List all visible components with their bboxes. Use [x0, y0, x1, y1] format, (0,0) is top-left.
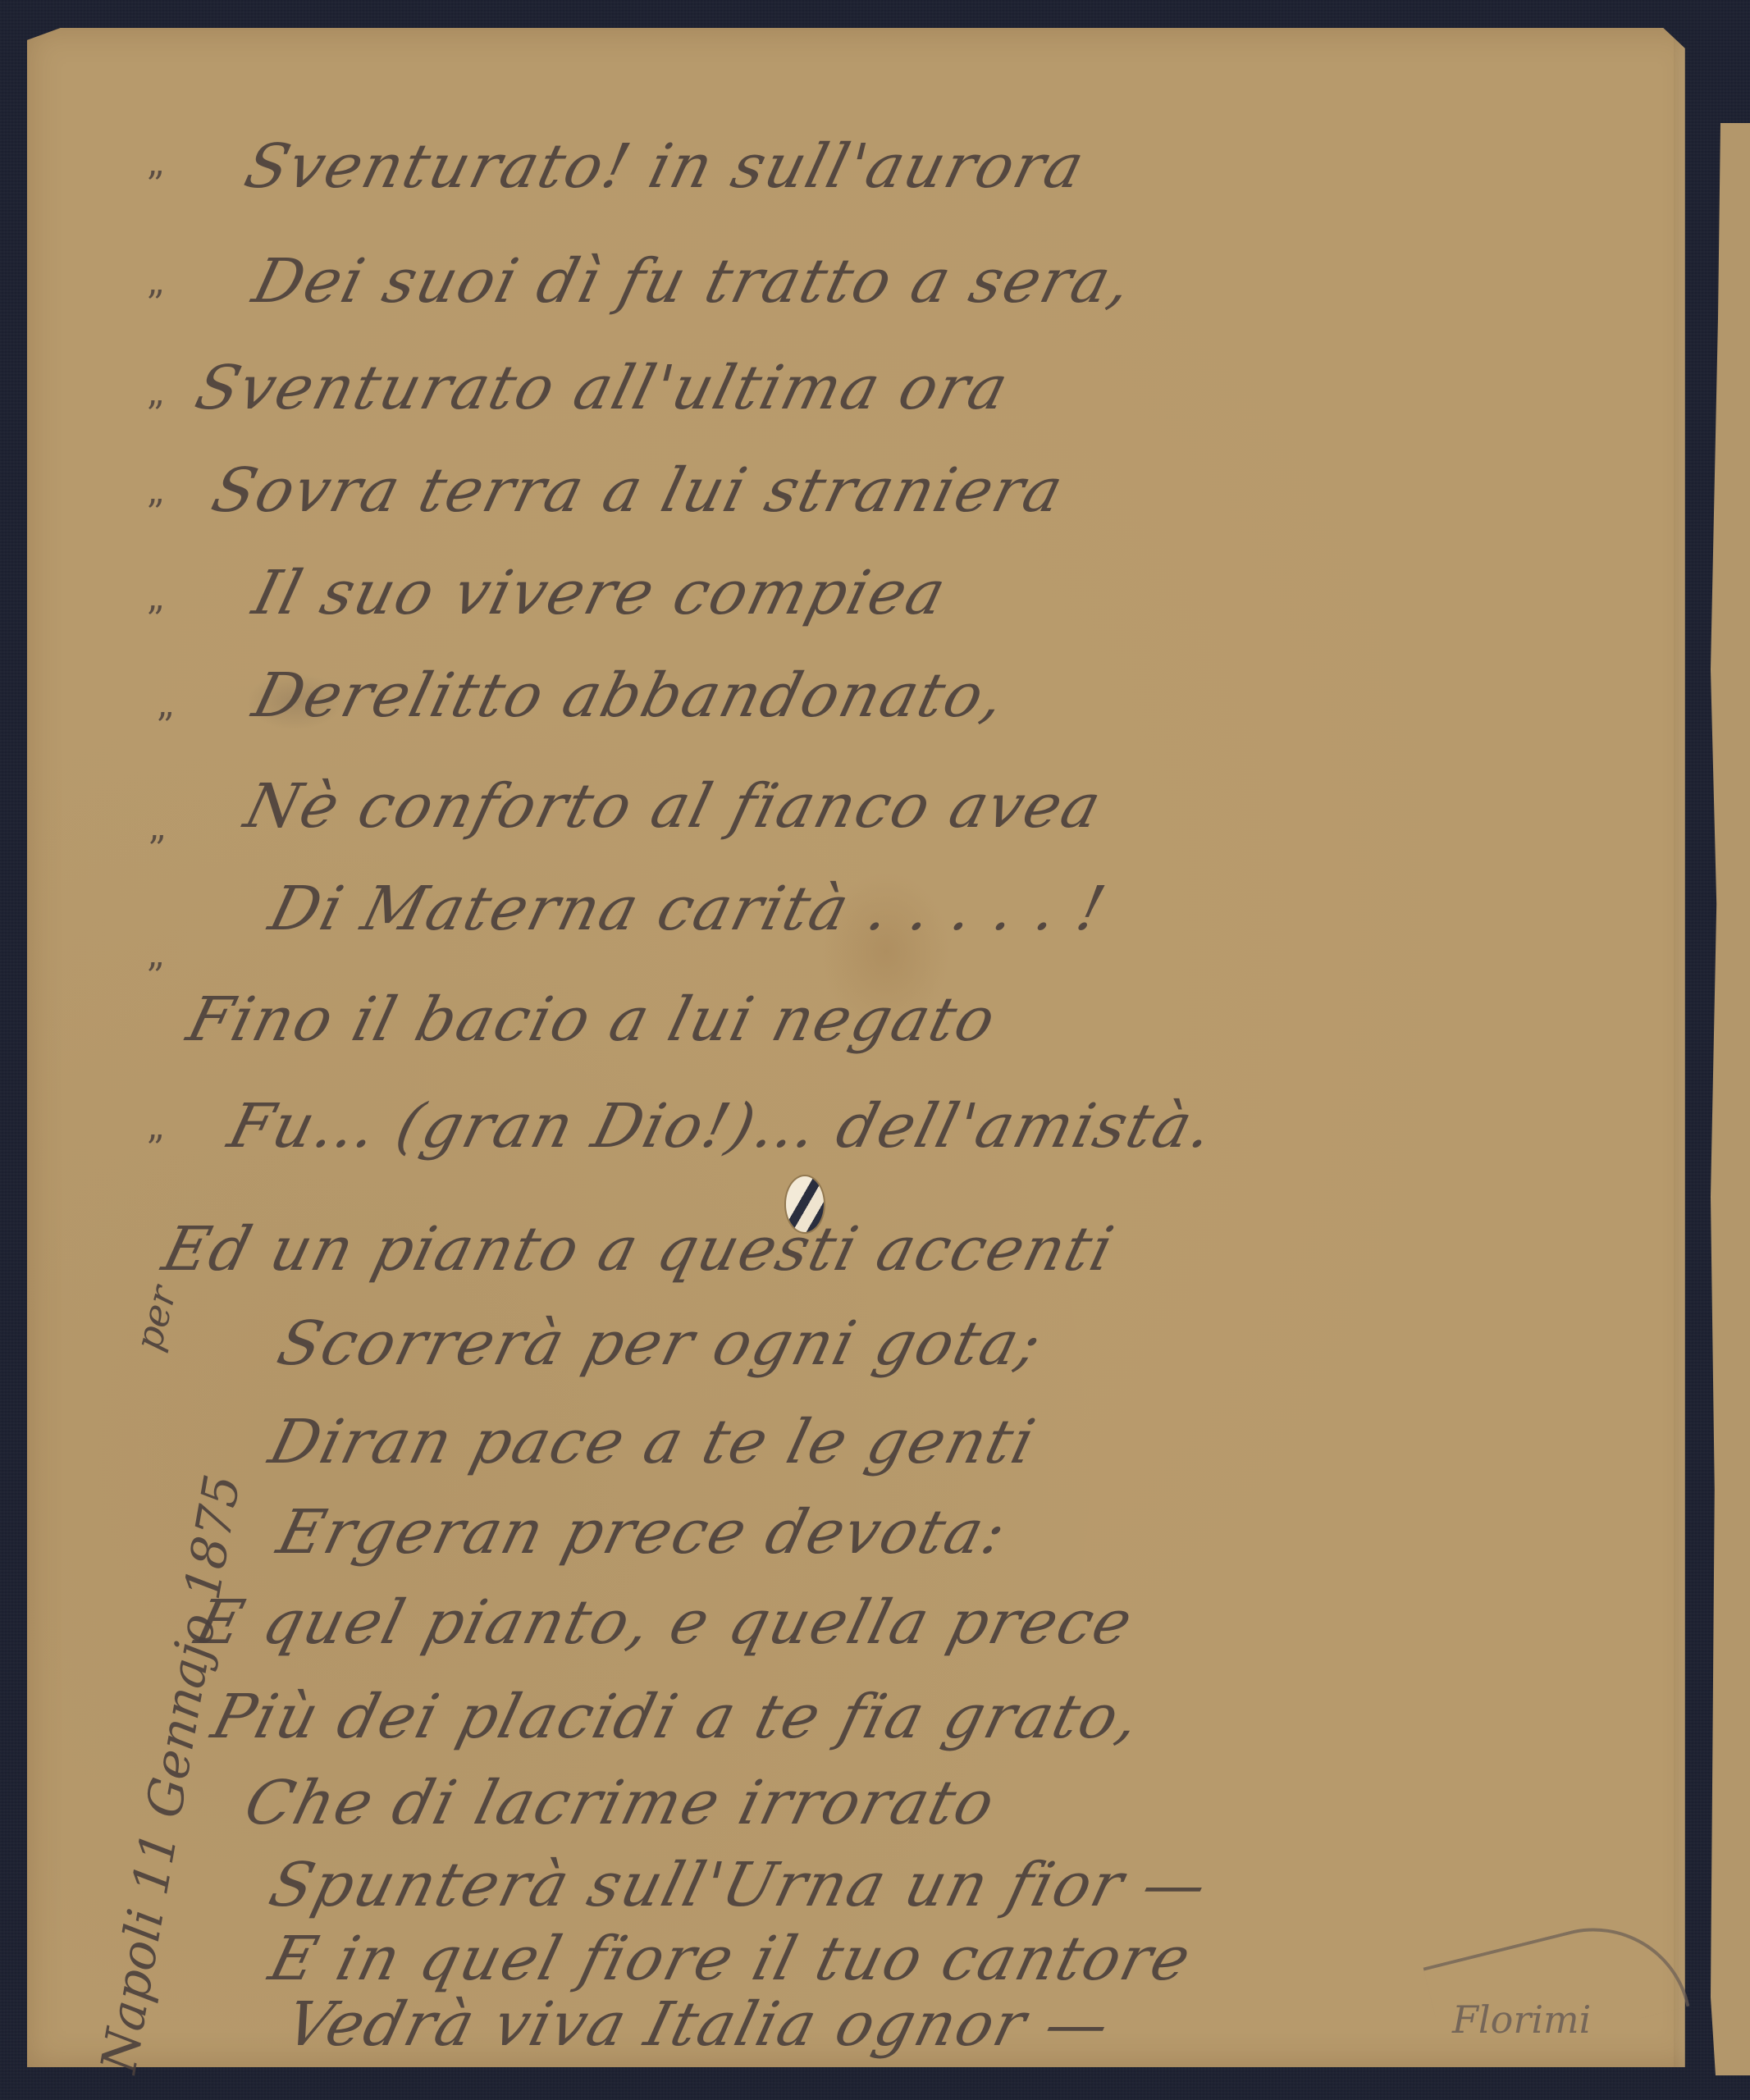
poem-line: Fu… (gran Dio!)… dell'amistà.	[222, 1091, 1222, 1162]
poem-line: Più dei placidi a te fia grato,	[205, 1682, 1148, 1752]
poem-line: Spunterà sull'Urna un fior —	[263, 1850, 1215, 1920]
poem-line: Sventurato! in sull'aurora	[238, 131, 1092, 202]
ditto-mark: ”	[146, 164, 165, 206]
ditto-mark: ”	[148, 829, 167, 870]
poem-line: Scorrerà per ogni gota;	[271, 1308, 1049, 1379]
poem-line: Di Materna carità . . . . . !	[263, 874, 1113, 944]
poem-line: E in quel fiore il tuo cantore	[263, 1924, 1199, 1994]
poem-line: Sventurato all'ultima ora	[189, 353, 1016, 423]
poem-line: Diran pace a te le genti	[263, 1407, 1043, 1477]
ditto-mark: ”	[146, 599, 165, 641]
ditto-mark: ”	[146, 1128, 165, 1170]
poem-line: Sovra terra a lui straniera	[205, 455, 1071, 526]
poem-line: Vedrà viva Italia ognor —	[279, 1989, 1117, 2060]
signature: Florimi	[1452, 1997, 1591, 2042]
poem-line: Dei suoi dì fu tratto a sera,	[246, 246, 1140, 317]
poem-line: Nè conforto al fianco avea	[238, 771, 1109, 842]
ditto-mark: ”	[146, 283, 165, 325]
poem-line: Fino il bacio a lui negato	[180, 984, 1003, 1055]
underlying-sheet-edge	[1711, 123, 1750, 2075]
poem-line: Derelitto abbandonato,	[246, 660, 1013, 731]
ditto-mark: ”	[146, 394, 165, 436]
ditto-mark: ”	[146, 492, 165, 534]
ditto-mark: ”	[146, 956, 165, 997]
poem-line: Ergeran prece devota:	[271, 1497, 1014, 1568]
ditto-mark: ”	[156, 705, 175, 747]
poem-line: E quel pianto, e quella prece	[189, 1587, 1140, 1658]
poem-line: Ed un pianto a questi accenti	[156, 1214, 1122, 1285]
poem-line: Il suo vivere compiea	[246, 558, 953, 628]
poem-line: Che di lacrime irrorato	[238, 1768, 1003, 1838]
